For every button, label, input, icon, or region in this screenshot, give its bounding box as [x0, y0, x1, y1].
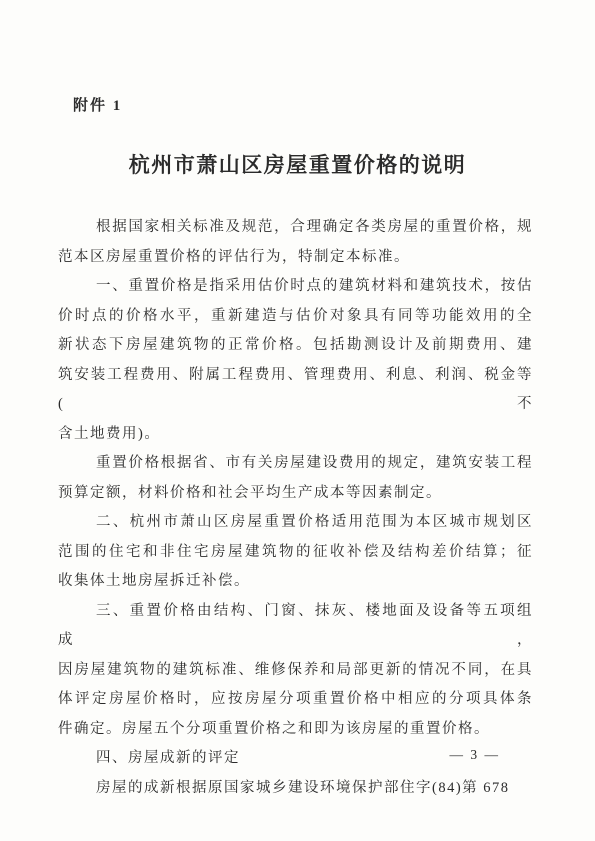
- text-line: 新状态下房屋建筑物的正常价格。包括勘测设计及前期费用、建: [58, 331, 533, 361]
- text-line: 二、杭州市萧山区房屋重置价格适用范围为本区城市规划区: [58, 508, 533, 538]
- text-line: 因房屋建筑物的建筑标准、维修保养和局部更新的情况不同，在具: [58, 656, 533, 686]
- paragraph-intro: 根据国家相关标准及规范，合理确定各类房屋的重置价格，规范本区房屋重置价格的评估行…: [58, 213, 533, 272]
- text-line: 筑安装工程费用、附属工程费用、管理费用、利息、利润、税金等(不: [58, 361, 533, 420]
- text-line: 范本区房屋重置价格的评估行为，特制定本标准。: [58, 243, 533, 273]
- attachment-label: 附件 1: [73, 94, 122, 115]
- text-line: 体评定房屋价格时，应按房屋分项重置价格中相应的分项具体条: [58, 685, 533, 715]
- document-body: 根据国家相关标准及规范，合理确定各类房屋的重置价格，规范本区房屋重置价格的评估行…: [58, 213, 533, 803]
- text-line: 根据国家相关标准及规范，合理确定各类房屋的重置价格，规: [58, 213, 533, 243]
- text-line: 范围的住宅和非住宅房屋建筑物的征收补偿及结构差价结算；征: [58, 538, 533, 568]
- paragraph-item-1-note: 重置价格根据省、市有关房屋建设费用的规定，建筑安装工程预算定额，材料价格和社会平…: [58, 449, 533, 508]
- paragraph-item-1: 一、重置价格是指采用估价时点的建筑材料和建筑技术，按估价时点的价格水平，重新建造…: [58, 272, 533, 449]
- text-line: 房屋的成新根据原国家城乡建设环境保护部住字(84)第 678: [58, 774, 533, 804]
- text-line: 预算定额，材料价格和社会平均生产成本等因素制定。: [58, 479, 533, 509]
- paragraph-item-4-body: 房屋的成新根据原国家城乡建设环境保护部住字(84)第 678: [58, 774, 533, 804]
- text-line: 价时点的价格水平，重新建造与估价对象具有同等功能效用的全: [58, 302, 533, 332]
- document-title: 杭州市萧山区房屋重置价格的说明: [0, 149, 595, 179]
- document-page: 附件 1 杭州市萧山区房屋重置价格的说明 根据国家相关标准及规范，合理确定各类房…: [0, 0, 595, 841]
- text-line: 重置价格根据省、市有关房屋建设费用的规定，建筑安装工程: [58, 449, 533, 479]
- paragraph-item-3: 三、重置价格由结构、门窗、抹灰、楼地面及设备等五项组成，因房屋建筑物的建筑标准、…: [58, 597, 533, 745]
- text-line: 收集体土地房屋拆迁补偿。: [58, 567, 533, 597]
- paragraph-item-2: 二、杭州市萧山区房屋重置价格适用范围为本区城市规划区范围的住宅和非住宅房屋建筑物…: [58, 508, 533, 597]
- text-line: 件确定。房屋五个分项重置价格之和即为该房屋的重置价格。: [58, 715, 533, 745]
- text-line: 三、重置价格由结构、门窗、抹灰、楼地面及设备等五项组成，: [58, 597, 533, 656]
- text-line: 含土地费用)。: [58, 420, 533, 450]
- text-line: 一、重置价格是指采用估价时点的建筑材料和建筑技术，按估: [58, 272, 533, 302]
- page-number: — 3 —: [450, 747, 501, 763]
